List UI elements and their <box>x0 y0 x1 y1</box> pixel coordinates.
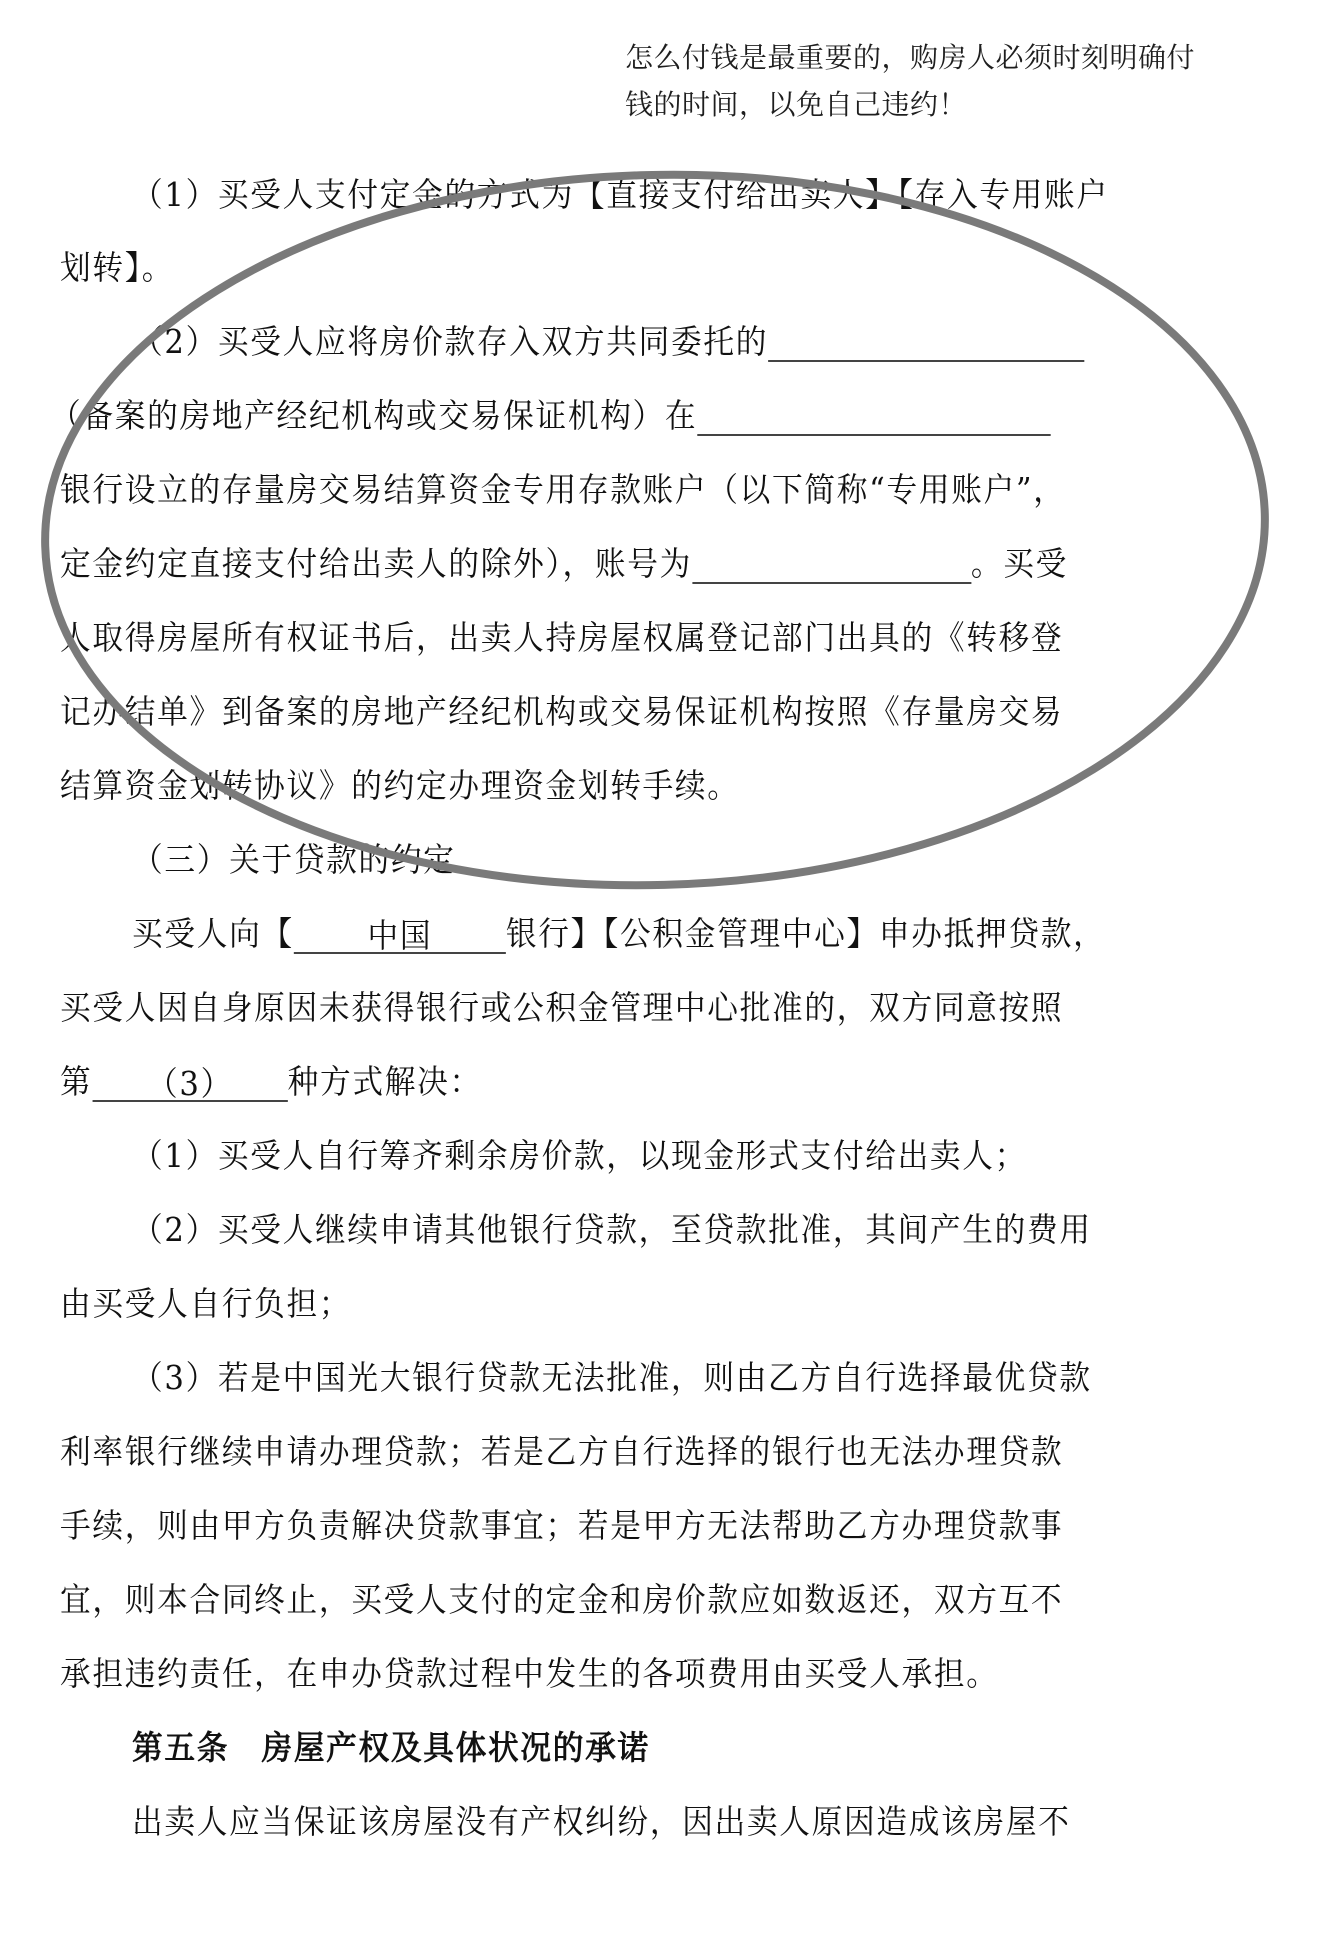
loan-section-title: （三）关于贷款的约定 <box>132 840 456 880</box>
clause-text: （2）买受人应将房价款存入双方共同委托的 <box>132 322 768 361</box>
clause-text: 第 <box>60 1062 92 1101</box>
deposit-clause-2-line-6: 记办结单》到备案的房地产经纪机构或交易保证机构按照《存量房交易 <box>60 692 1063 732</box>
loan-line-2: 买受人因自身原因未获得银行或公积金管理中心批准的，双方同意按照 <box>60 988 1063 1028</box>
entrusted-agency-blank[interactable] <box>768 324 1084 362</box>
clause-text: 。买受 <box>971 544 1068 583</box>
note-line-2: 钱的时间，以免自己违约！ <box>625 81 1285 128</box>
deposit-clause-2-line-1: （2）买受人应将房价款存入双方共同委托的 <box>132 322 1084 362</box>
resolution-method-blank[interactable]: （3） <box>92 1064 287 1102</box>
loan-option-1: （1）买受人自行筹齐剩余房价款，以现金形式支付给出卖人； <box>132 1136 1027 1176</box>
loan-line-1: 买受人向【中国银行】【公积金管理中心】申办抵押贷款， <box>132 914 1105 954</box>
note-line-1: 怎么付钱是最重要的，购房人必须时刻明确付 <box>625 34 1285 81</box>
loan-option-2-line-1: （2）买受人继续申请其他银行贷款，至贷款批准，其间产生的费用 <box>132 1210 1092 1250</box>
article-5-line-1: 出卖人应当保证该房屋没有产权纠纷，因出卖人原因造成该房屋不 <box>132 1802 1071 1842</box>
deposit-clause-2-line-3: 银行设立的存量房交易结算资金专用存款账户（以下简称“专用账户”， <box>60 470 1066 510</box>
clause-text: 买受人向【 <box>132 914 294 953</box>
loan-option-2-line-2: 由买受人自行负担； <box>60 1284 351 1324</box>
account-number-blank[interactable] <box>692 546 971 584</box>
clause-text: 定金约定直接支付给出卖人的除外），账号为 <box>60 544 692 583</box>
highlight-ellipse <box>0 0 1329 1944</box>
clause-text: 银行】【公积金管理中心】申办抵押贷款， <box>506 914 1106 953</box>
annotation-note: 怎么付钱是最重要的，购房人必须时刻明确付 钱的时间，以免自己违约！ <box>625 34 1285 128</box>
article-5-title: 第五条 房屋产权及具体状况的承诺 <box>132 1728 650 1768</box>
deposit-clause-1-line-2: 划转】。 <box>60 248 174 288</box>
contract-page: 怎么付钱是最重要的，购房人必须时刻明确付 钱的时间，以免自己违约！ （1）买受人… <box>0 0 1329 1944</box>
loan-option-3-line-5: 承担违约责任，在申办贷款过程中发生的各项费用由买受人承担。 <box>60 1654 999 1694</box>
deposit-clause-2-line-2: （备案的房地产经纪机构或交易保证机构）在 <box>50 396 1051 436</box>
loan-bank-blank[interactable]: 中国 <box>294 916 506 954</box>
deposit-clause-2-line-7: 结算资金划转协议》的约定办理资金划转手续。 <box>60 766 740 806</box>
deposit-clause-2-line-5: 人取得房屋所有权证书后，出卖人持房屋权属登记部门出具的《转移登 <box>60 618 1063 658</box>
loan-option-3-line-1: （3）若是中国光大银行贷款无法批准，则由乙方自行选择最优贷款 <box>132 1358 1092 1398</box>
loan-option-3-line-3: 手续，则由甲方负责解决贷款事宜；若是甲方无法帮助乙方办理贷款事 <box>60 1506 1063 1546</box>
bank-name-blank[interactable] <box>697 398 1050 436</box>
clause-text: （备案的房地产经纪机构或交易保证机构）在 <box>50 396 697 435</box>
deposit-clause-1-line-1: （1）买受人支付定金的方式为【直接支付给出卖人】【存入专用账户 <box>132 175 1109 215</box>
deposit-clause-2-line-4: 定金约定直接支付给出卖人的除外），账号为。买受 <box>60 544 1068 584</box>
loan-option-3-line-2: 利率银行继续申请办理贷款；若是乙方自行选择的银行也无法办理贷款 <box>60 1432 1063 1472</box>
loan-option-3-line-4: 宜，则本合同终止，买受人支付的定金和房价款应如数返还，双方互不 <box>60 1580 1063 1620</box>
clause-text: 种方式解决： <box>288 1062 482 1101</box>
loan-line-3: 第（3）种方式解决： <box>60 1062 482 1102</box>
